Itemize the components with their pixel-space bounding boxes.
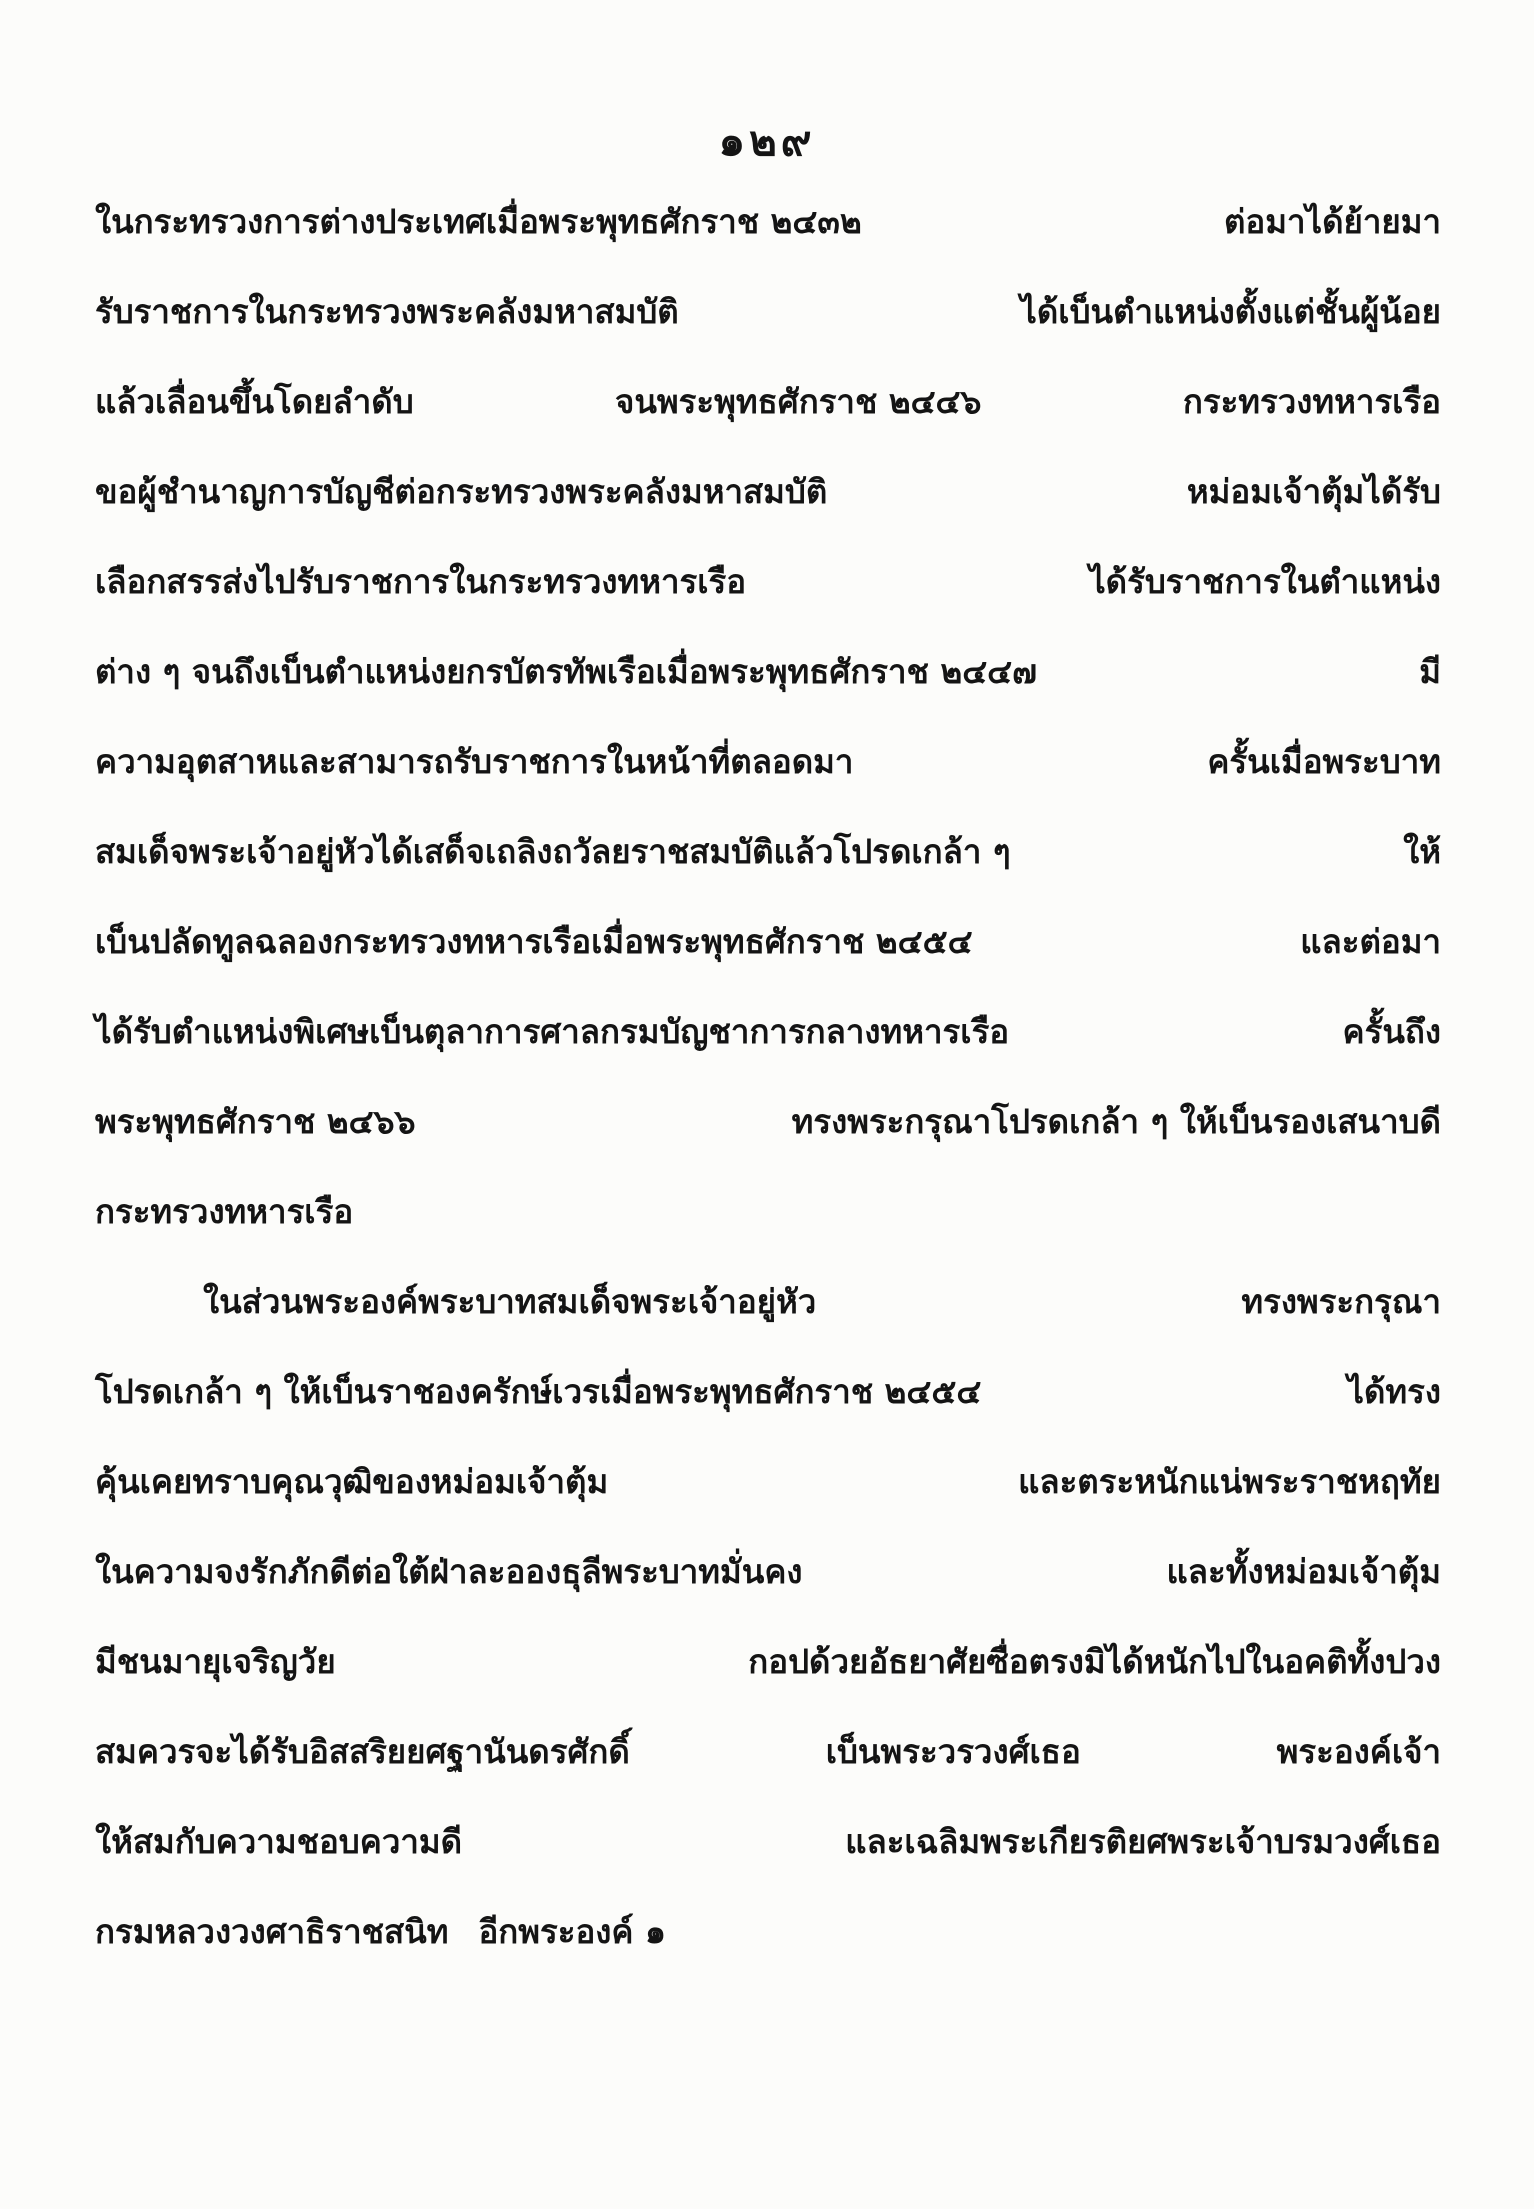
text-segment: และตระหนักแน่พระราชหฤทัย bbox=[1018, 1455, 1441, 1508]
text-segment: พระองค์เจ้า bbox=[1277, 1725, 1441, 1778]
text-segment: คุ้นเคยทราบคุณวุฒิของหม่อมเจ้าตุ้ม bbox=[95, 1455, 608, 1508]
text-line: กรมหลวงวงศาธิราชสนิทอีกพระองค์ ๑ bbox=[95, 1886, 1441, 1976]
text-segment: และเฉลิมพระเกียรติยศพระเจ้าบรมวงศ์เธอ bbox=[845, 1815, 1441, 1868]
text-segment: ได้ทรง bbox=[1347, 1365, 1441, 1418]
text-segment: ในกระทรวงการต่างประเทศเมื่อพระพุทธศักราช… bbox=[95, 195, 862, 248]
text-line: เบ็นปลัดทูลฉลองกระทรวงทหารเรือเมื่อพระพุ… bbox=[95, 896, 1441, 986]
text-segment: สมควรจะได้รับอิสสริยยศฐานันดรศักดิ์ bbox=[95, 1725, 630, 1778]
text-line: ให้สมกับความชอบความดีและเฉลิมพระเกียรติย… bbox=[95, 1796, 1441, 1886]
text-segment: สมเด็จพระเจ้าอยู่หัวได้เสด็จเถลิงถวัลยรา… bbox=[95, 825, 1011, 878]
text-segment: ในส่วนพระองค์พระบาทสมเด็จพระเจ้าอยู่หัว bbox=[203, 1275, 816, 1328]
text-segment: ต่อมาได้ย้ายมา bbox=[1224, 195, 1441, 248]
text-segment: ทรงพระกรุณาโปรดเกล้า ๆ ให้เบ็นรองเสนาบดี bbox=[792, 1095, 1441, 1148]
page-number: ๑๒๙ bbox=[0, 108, 1534, 174]
text-line: ในส่วนพระองค์พระบาทสมเด็จพระเจ้าอยู่หัวท… bbox=[95, 1256, 1441, 1346]
text-segment: รับราชการในกระทรวงพระคลังมหาสมบัติ bbox=[95, 285, 679, 338]
document-page: ๑๒๙ ในกระทรวงการต่างประเทศเมื่อพระพุทธศั… bbox=[0, 0, 1534, 2209]
text-segment: พระพุทธศักราช ๒๔๖๖ bbox=[95, 1095, 416, 1148]
text-segment: และต่อมา bbox=[1300, 915, 1441, 968]
text-segment: ความอุตสาหและสามารถรับราชการในหน้าที่ตลอ… bbox=[95, 735, 853, 788]
text-line: ได้รับตำแหน่งพิเศษเบ็นตุลาการศาลกรมบัญชา… bbox=[95, 986, 1441, 1076]
text-line: ขอผู้ชำนาญการบัญชีต่อกระทรวงพระคลังมหาสม… bbox=[95, 446, 1441, 536]
text-line: แล้วเลื่อนขึ้นโดยลำดับจนพระพุทธศักราช ๒๔… bbox=[95, 356, 1441, 446]
text-line: สมควรจะได้รับอิสสริยยศฐานันดรศักดิ์เบ็นพ… bbox=[95, 1706, 1441, 1796]
text-segment: ทรงพระกรุณา bbox=[1241, 1275, 1441, 1328]
text-segment: เลือกสรรส่งไปรับราชการในกระทรวงทหารเรือ bbox=[95, 555, 746, 608]
text-segment: ได้รับตำแหน่งพิเศษเบ็นตุลาการศาลกรมบัญชา… bbox=[95, 1005, 1009, 1058]
text-segment: ให้ bbox=[1403, 825, 1441, 878]
text-segment: กระทรวงทหารเรือ bbox=[1183, 375, 1441, 428]
text-line: ในความจงรักภักดีต่อใต้ฝ่าละอองธุลีพระบาท… bbox=[95, 1526, 1441, 1616]
text-segment: ขอผู้ชำนาญการบัญชีต่อกระทรวงพระคลังมหาสม… bbox=[95, 465, 827, 518]
text-segment: มี bbox=[1419, 645, 1441, 698]
text-line: โปรดเกล้า ๆ ให้เบ็นราชองครักษ์เวรเมื่อพร… bbox=[95, 1346, 1441, 1436]
text-line: ในกระทรวงการต่างประเทศเมื่อพระพุทธศักราช… bbox=[95, 176, 1441, 266]
text-segment: ครั้นถึง bbox=[1343, 1005, 1441, 1058]
text-segment: เบ็นพระวรวงศ์เธอ bbox=[826, 1725, 1081, 1778]
text-line: คุ้นเคยทราบคุณวุฒิของหม่อมเจ้าตุ้มและตระ… bbox=[95, 1436, 1441, 1526]
text-segment: ได้รับราชการในตำแหน่ง bbox=[1089, 555, 1441, 608]
text-segment: ในความจงรักภักดีต่อใต้ฝ่าละอองธุลีพระบาท… bbox=[95, 1545, 803, 1598]
text-segment: ต่าง ๆ จนถึงเบ็นตำแหน่งยกรบัตรทัพเรือเมื… bbox=[95, 645, 1037, 698]
text-line: เลือกสรรส่งไปรับราชการในกระทรวงทหารเรือไ… bbox=[95, 536, 1441, 626]
text-segment: กอปด้วยอัธยาศัยซื่อตรงมิได้หนักไปในอคติท… bbox=[748, 1635, 1441, 1688]
text-line: พระพุทธศักราช ๒๔๖๖ทรงพระกรุณาโปรดเกล้า ๆ… bbox=[95, 1076, 1441, 1166]
text-segment: แล้วเลื่อนขึ้นโดยลำดับ bbox=[95, 375, 414, 428]
text-segment: มีชนมายุเจริญวัย bbox=[95, 1635, 336, 1688]
text-body: ในกระทรวงการต่างประเทศเมื่อพระพุทธศักราช… bbox=[95, 176, 1441, 1976]
text-segment: กระทรวงทหารเรือ bbox=[95, 1185, 353, 1238]
text-line: กระทรวงทหารเรือ bbox=[95, 1166, 1441, 1256]
text-segment: โปรดเกล้า ๆ ให้เบ็นราชองครักษ์เวรเมื่อพร… bbox=[95, 1365, 981, 1418]
text-segment: กรมหลวงวงศาธิราชสนิท bbox=[95, 1905, 448, 1958]
text-line: รับราชการในกระทรวงพระคลังมหาสมบัติได้เบ็… bbox=[95, 266, 1441, 356]
text-line: ต่าง ๆ จนถึงเบ็นตำแหน่งยกรบัตรทัพเรือเมื… bbox=[95, 626, 1441, 716]
text-segment: ได้เบ็นตำแหน่งตั้งแต่ชั้นผู้น้อย bbox=[1020, 285, 1441, 338]
text-segment: ครั้นเมื่อพระบาท bbox=[1207, 735, 1441, 788]
text-segment: จนพระพุทธศักราช ๒๔๔๖ bbox=[615, 375, 981, 428]
text-segment: เบ็นปลัดทูลฉลองกระทรวงทหารเรือเมื่อพระพุ… bbox=[95, 915, 973, 968]
text-line: มีชนมายุเจริญวัยกอปด้วยอัธยาศัยซื่อตรงมิ… bbox=[95, 1616, 1441, 1706]
text-line: ความอุตสาหและสามารถรับราชการในหน้าที่ตลอ… bbox=[95, 716, 1441, 806]
text-segment: และทั้งหม่อมเจ้าตุ้ม bbox=[1167, 1545, 1442, 1598]
text-line: สมเด็จพระเจ้าอยู่หัวได้เสด็จเถลิงถวัลยรา… bbox=[95, 806, 1441, 896]
text-segment: อีกพระองค์ ๑ bbox=[478, 1905, 665, 1958]
text-segment: ให้สมกับความชอบความดี bbox=[95, 1815, 462, 1868]
text-segment: หม่อมเจ้าตุ้มได้รับ bbox=[1187, 465, 1441, 518]
